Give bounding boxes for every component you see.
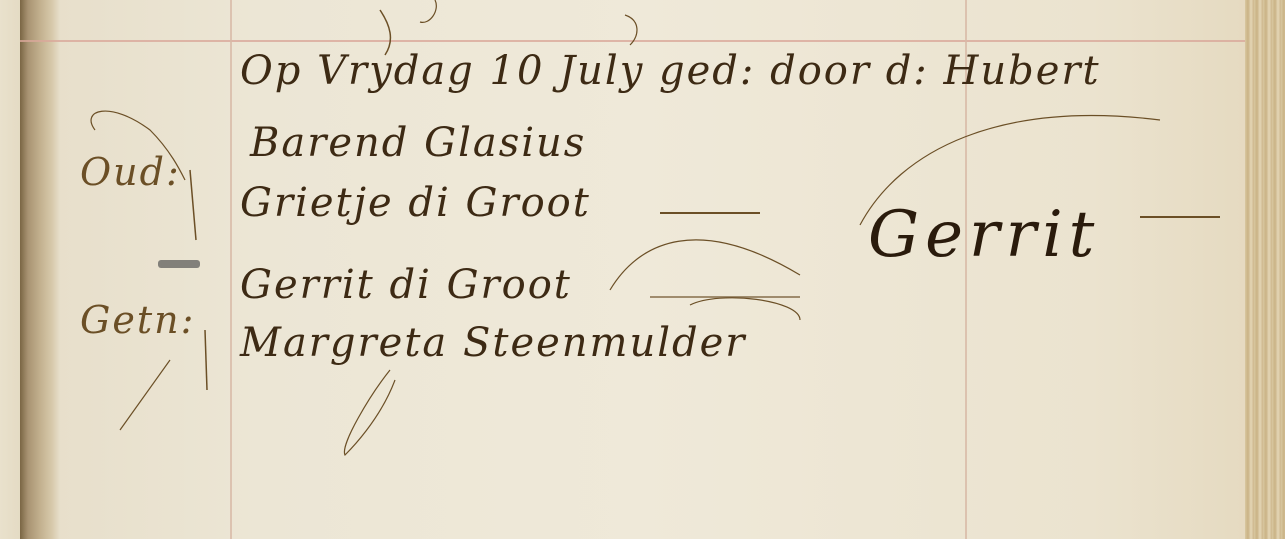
parents-margin-label: Oud: [80, 150, 181, 194]
entry-header: Op Vrydag 10 July ged: door d: Hubert [240, 48, 1101, 94]
line-filler [660, 212, 760, 214]
father-name: Barend Glasius [250, 120, 586, 166]
archive-stamp-mark [158, 260, 200, 268]
child-name: Gerrit [868, 198, 1100, 272]
witness-1-name: Gerrit di Groot [240, 262, 572, 308]
line-filler [650, 296, 800, 298]
witnesses-margin-label: Getn: [80, 298, 195, 342]
mother-name: Grietje di Groot [240, 180, 591, 226]
witness-2-name: Margreta Steenmulder [240, 320, 746, 366]
register-page: Oud: Getn: Op Vrydag 10 July ged: door d… [0, 0, 1285, 539]
line-filler [1140, 216, 1220, 218]
